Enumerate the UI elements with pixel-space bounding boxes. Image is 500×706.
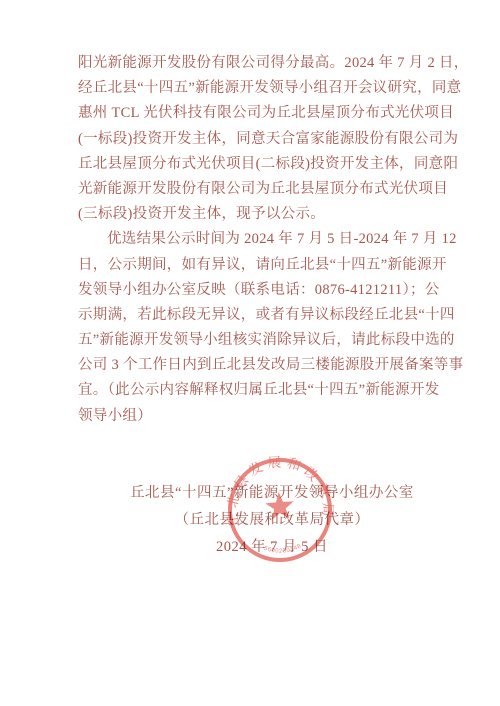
body-line: 光新能源开发股份有限公司为丘北县屋顶分布式光伏项目 xyxy=(78,177,423,202)
notice-body: 阳光新能源开发股份有限公司得分最高。2024 年 7 月 2 日， 经丘北县“十… xyxy=(78,51,423,429)
body-line: 示期满，若此标段无异议，或者有异议标段经丘北县“十四 xyxy=(78,303,423,328)
body-line: 阳光新能源开发股份有限公司得分最高。2024 年 7 月 2 日， xyxy=(78,51,423,76)
body-line: 惠州 TCL 光伏科技有限公司为丘北县屋顶分布式光伏项目 xyxy=(78,101,423,126)
body-line: 五”新能源开发领导小组核实消除异议后，请此标段中选的 xyxy=(78,328,423,353)
document-page: 阳光新能源开发股份有限公司得分最高。2024 年 7 月 2 日， 经丘北县“十… xyxy=(0,0,500,706)
body-line: 丘北县屋顶分布式光伏项目(二标段)投资开发主体，同意阳 xyxy=(78,152,423,177)
body-line: 经丘北县“十四五”新能源开发领导小组召开会议研究，同意 xyxy=(78,76,423,101)
seal-org-arc-text: 丘北县发展和改革局 xyxy=(221,451,337,529)
body-line: 发领导小组办公室反映（联系电话：0876-4121211）；公 xyxy=(78,278,423,303)
body-line: 日，公示期间，如有异议，请向丘北县“十四五”新能源开 xyxy=(78,253,423,278)
body-line: (一标段)投资开发主体，同意天合富家能源股份有限公司为 xyxy=(78,127,423,152)
body-line: (三标段)投资开发主体，现予以公示。 xyxy=(78,202,423,227)
body-line: 公司 3 个工作日内到丘北县发改局三楼能源股开展备案等事 xyxy=(78,353,423,378)
seal-star xyxy=(265,491,295,520)
body-line: 宜。（此公示内容解释权归属丘北县“十四五”新能源开发 xyxy=(78,378,423,403)
body-line: 领导小组） xyxy=(78,404,423,429)
body-line: 优选结果公示时间为 2024 年 7 月 5 日-2024 年 7 月 12 xyxy=(78,227,423,252)
official-seal: 丘北县发展和改革局 5600200148 xyxy=(216,446,344,574)
seal-serial: 5600200148 xyxy=(263,543,304,556)
